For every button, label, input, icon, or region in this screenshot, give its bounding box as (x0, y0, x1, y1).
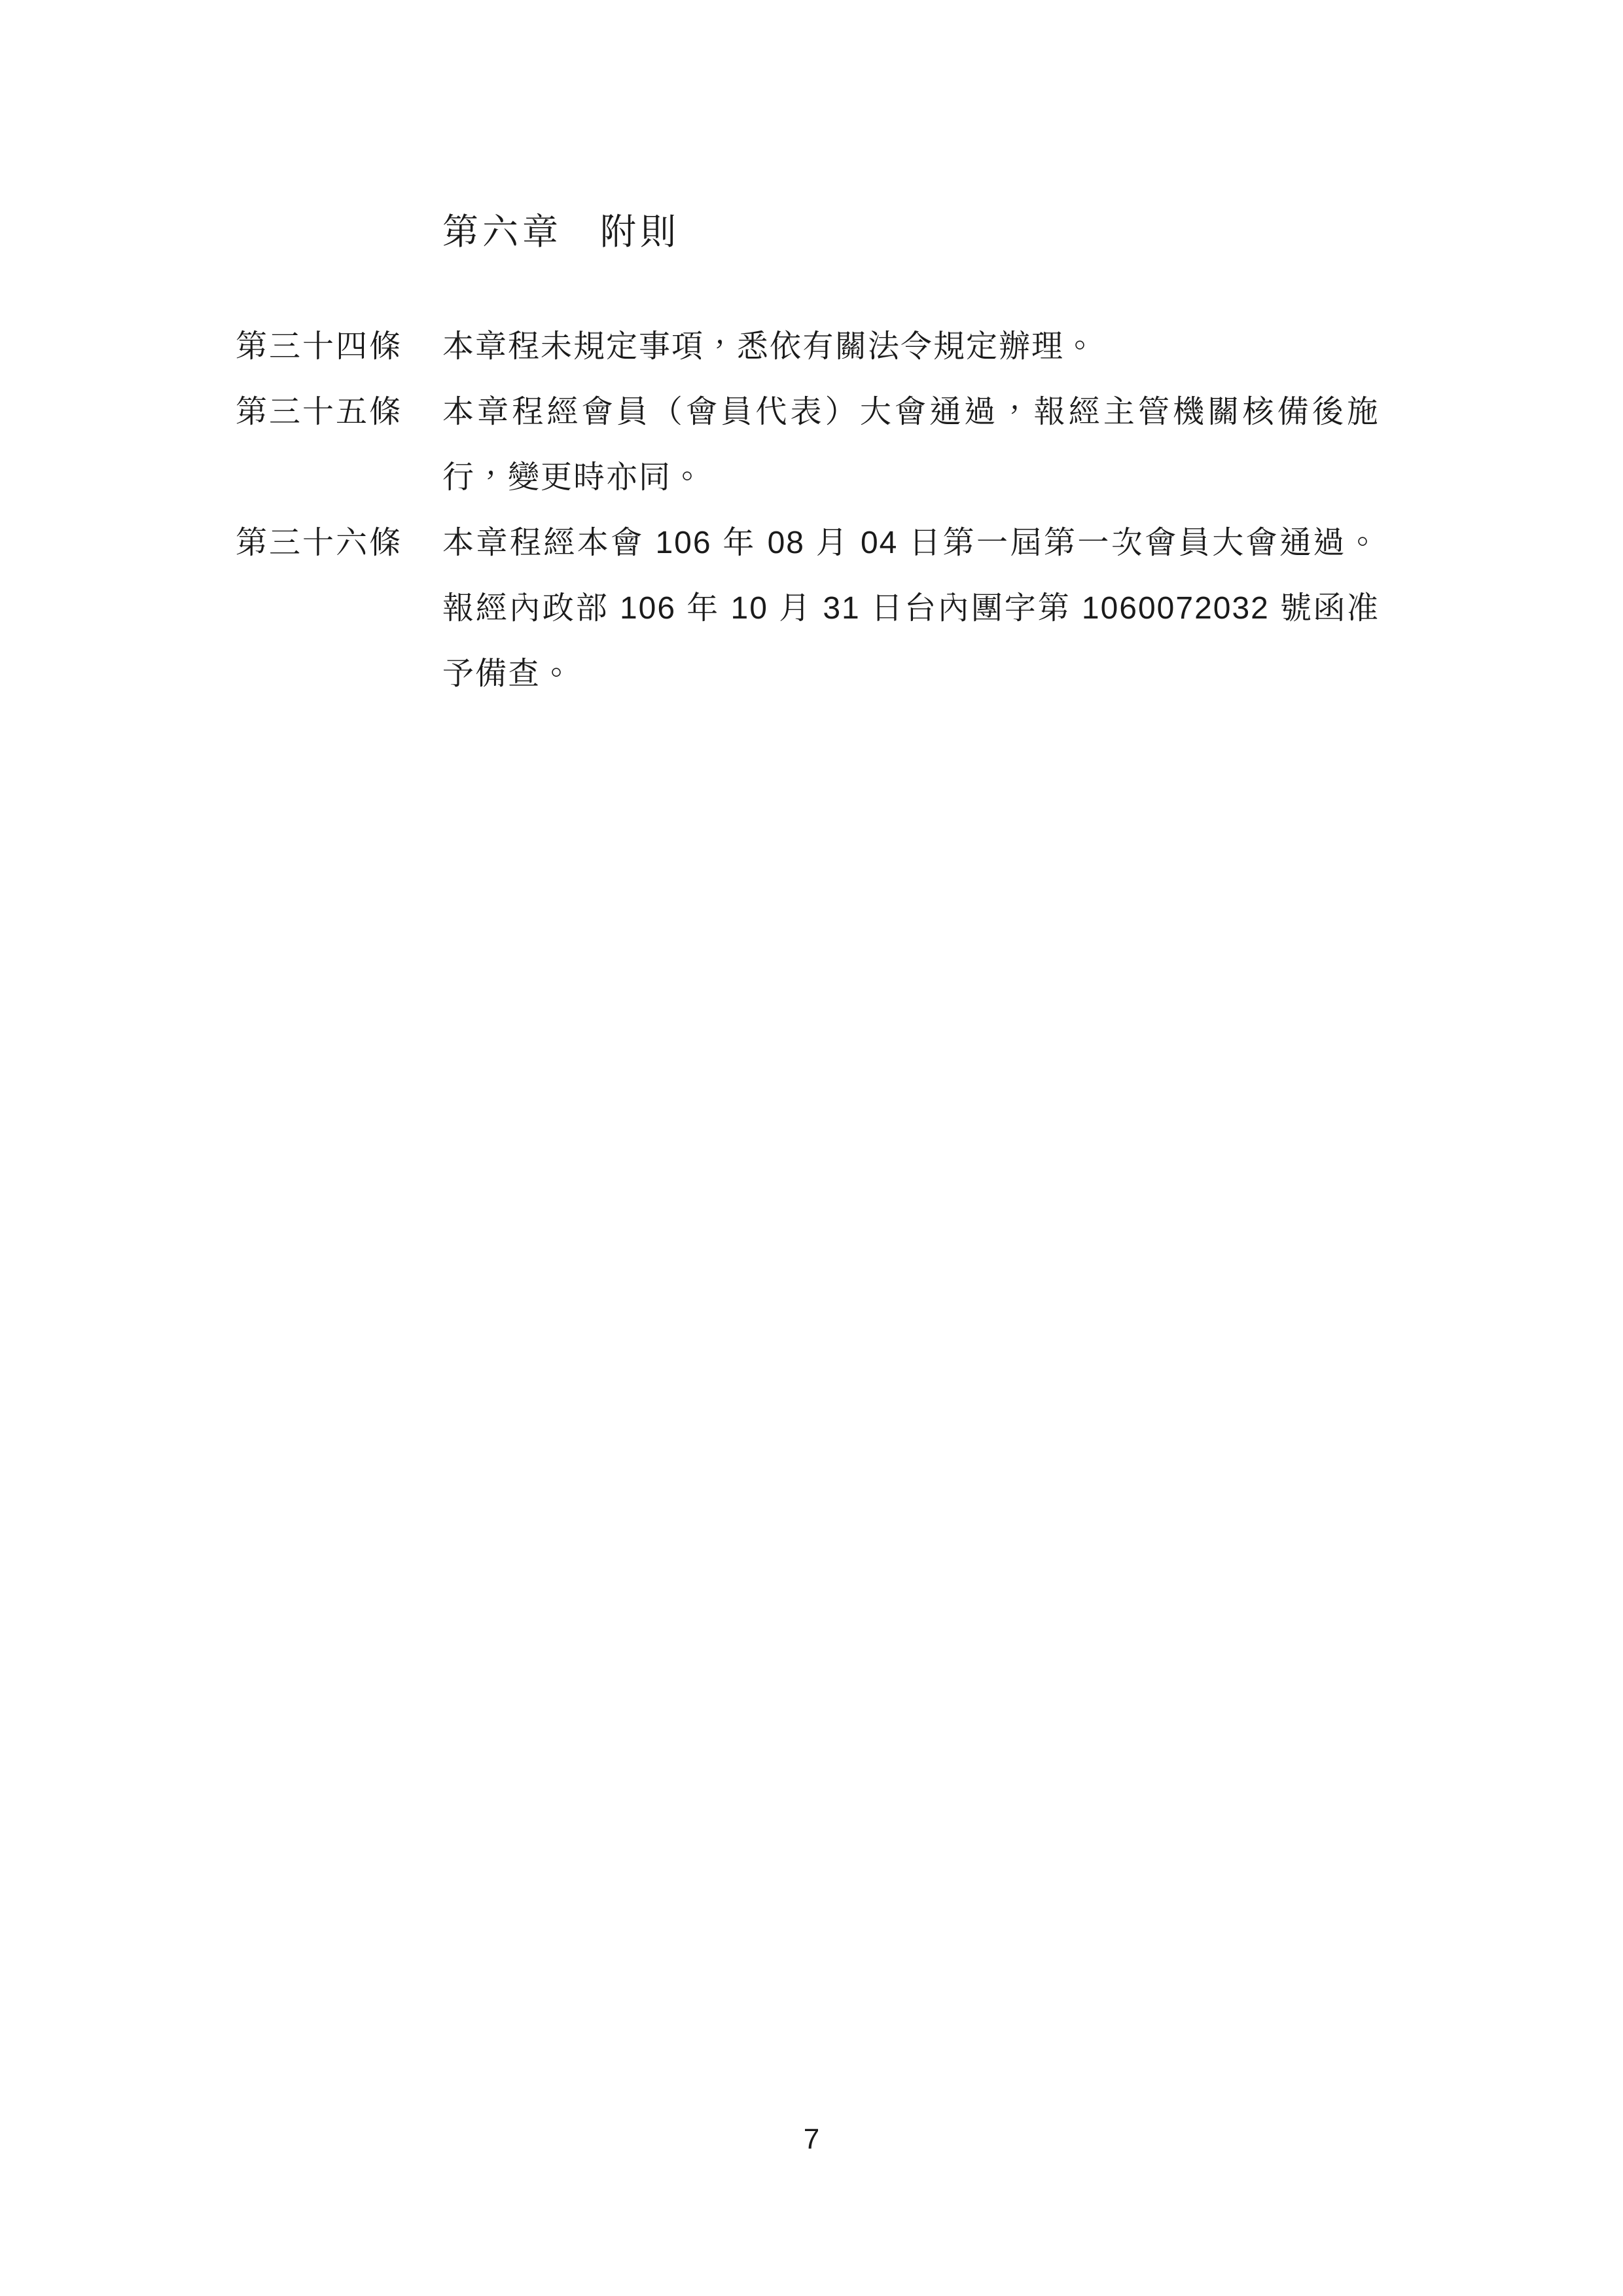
article-body-text: 本章程經會員（會員代表）大會通過，報經主管機關核備後施行，變更時亦同。 (442, 380, 1380, 511)
article-number-label: 第三十六條 (236, 511, 442, 576)
chapter-title: 附則 (600, 211, 680, 252)
article-number-label: 第三十四條 (236, 314, 442, 380)
article-row-34: 第三十四條 本章程未規定事項，悉依有關法令規定辦理。 (236, 314, 1380, 380)
chapter-heading: 第六章附則 (442, 203, 680, 255)
article-row-35: 第三十五條 本章程經會員（會員代表）大會通過，報經主管機關核備後施行，變更時亦同… (236, 380, 1380, 511)
article-body-text: 本章程未規定事項，悉依有關法令規定辦理。 (442, 314, 1380, 380)
article-body-text: 本章程經本會 106 年 08 月 04 日第一屆第一次會員大會通過。報經內政部… (442, 511, 1380, 707)
article-number-label: 第三十五條 (236, 380, 442, 445)
chapter-number: 第六章 (442, 211, 562, 252)
page-number: 7 (0, 2123, 1623, 2156)
articles-list: 第三十四條 本章程未規定事項，悉依有關法令規定辦理。 第三十五條 本章程經會員（… (236, 314, 1380, 707)
document-page: 第六章附則 第三十四條 本章程未規定事項，悉依有關法令規定辦理。 第三十五條 本… (0, 0, 1623, 2296)
article-row-36: 第三十六條 本章程經本會 106 年 08 月 04 日第一屆第一次會員大會通過… (236, 511, 1380, 707)
